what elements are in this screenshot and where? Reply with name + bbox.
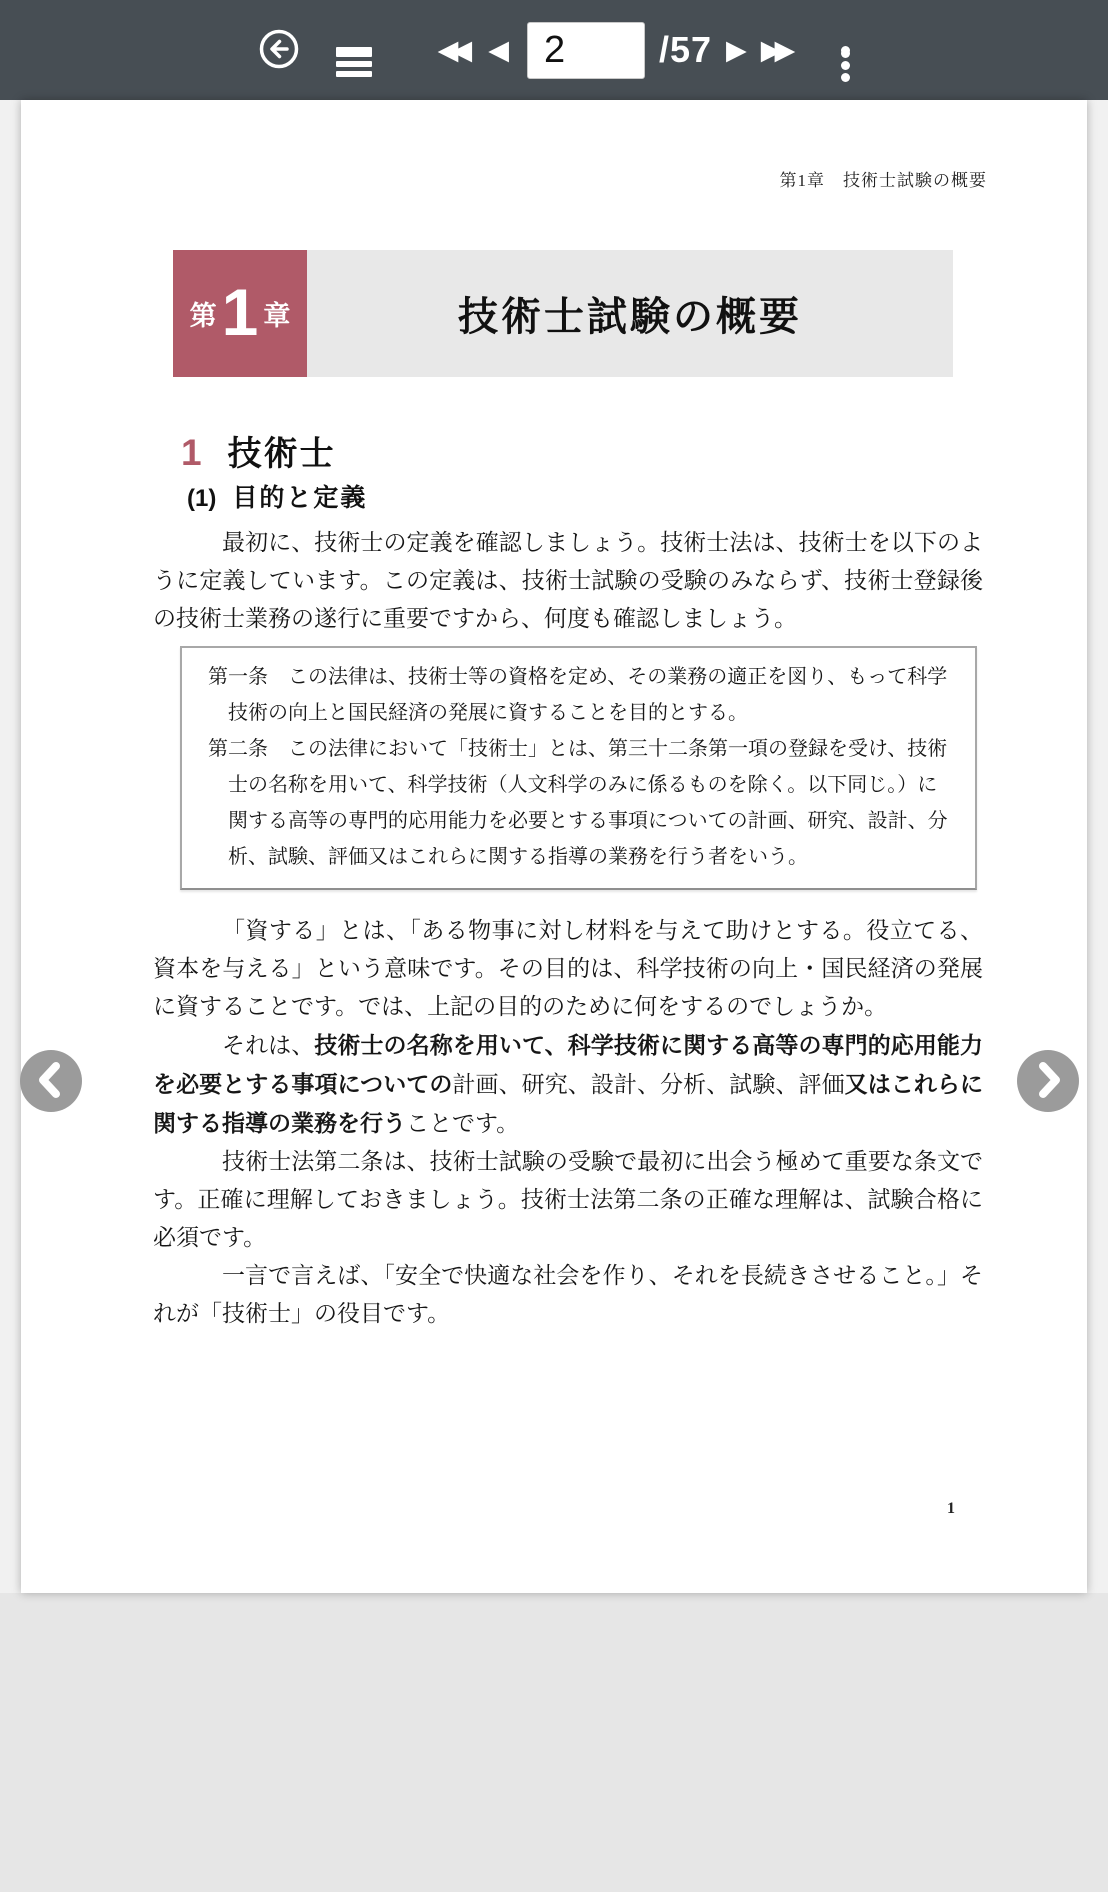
back-button[interactable] — [258, 28, 300, 73]
chapter-number: 1 — [222, 279, 259, 345]
chapter-banner: 第 1 章 技術士試験の概要 — [173, 250, 953, 377]
chevron-left-icon — [20, 1049, 82, 1114]
law-line: 技術の向上と国民経済の発展に資することを目的とする。 — [208, 695, 959, 731]
menu-button[interactable] — [336, 43, 372, 57]
law-line: 析、試験、評価又はこれらに関する指導の業務を行う者をいう。 — [208, 839, 959, 875]
law-line: 第二条 この法律において「技術士」とは、第三十二条第一項の登録を受け、技術 — [208, 731, 959, 767]
subsection-heading: (1) 目的と定義 — [187, 478, 367, 514]
law-line: 士の名称を用いて、科学技術（人文科学のみに係るものを除く。以下同じ。）に — [208, 767, 959, 803]
body-paragraphs: 「資する」とは、「ある物事に対し材料を与えて助けとする。役立てる、資本を与える」… — [153, 912, 983, 1333]
next-page-button[interactable]: ▶ — [726, 37, 747, 64]
paragraph: それは、技術士の名称を用いて、科学技術に関する高等の専門的応用能力を必要とする事… — [153, 1026, 983, 1143]
paragraph: 一言で言えば、「安全で快適な社会を作り、それを長続きさせること。」それが「技術士… — [153, 1257, 983, 1333]
previous-page-nav-button[interactable] — [20, 1050, 82, 1112]
page-number-input[interactable] — [527, 22, 645, 79]
chapter-number-badge: 第 1 章 — [173, 250, 307, 377]
overflow-menu-button[interactable] — [841, 43, 850, 58]
chevron-right-icon: ▶ — [726, 37, 747, 64]
intro-paragraphs: 最初に、技術士の定義を確認しましょう。技術士法は、技術士を以下のように定義してい… — [153, 524, 983, 638]
chevron-left-icon: ◀ — [488, 37, 509, 64]
last-page-button[interactable]: ▶▶ — [761, 37, 796, 64]
document-viewer: 第1章 技術士試験の概要 第 1 章 技術士試験の概要 1 技術士 (1) 目的… — [0, 100, 1108, 1593]
page-total-label: /57 — [659, 29, 712, 71]
law-quote-box: 第一条 この法律は、技術士等の資格を定め、その業務の適正を図り、もって科学技術の… — [180, 646, 977, 890]
section-title: 技術士 — [228, 426, 336, 475]
chevron-right-icon — [1017, 1049, 1079, 1114]
double-chevron-right-icon: ▶▶ — [761, 37, 796, 64]
chapter-title: 技術士試験の概要 — [458, 285, 802, 342]
paragraph: 技術士法第二条は、技術士試験の受験で最初に出会う極めて重要な条文です。正確に理解… — [153, 1143, 983, 1257]
vertical-dots-icon — [841, 46, 850, 55]
section-number: 1 — [181, 432, 202, 474]
next-page-nav-button[interactable] — [1017, 1050, 1079, 1112]
arrow-left-circle-icon — [258, 28, 300, 73]
running-header: 第1章 技術士試験の概要 — [780, 166, 988, 191]
first-page-button[interactable]: ◀◀ — [438, 37, 473, 64]
law-line: 第一条 この法律は、技術士等の資格を定め、その業務の適正を図り、もって科学 — [208, 659, 959, 695]
chapter-suffix: 章 — [263, 294, 290, 333]
viewer-toolbar: ◀◀ ◀ /57 ▶ ▶▶ — [0, 0, 1108, 100]
double-chevron-left-icon: ◀◀ — [438, 37, 473, 64]
subsection-label: (1) — [187, 485, 216, 513]
body-text: 最初に、技術士の定義を確認しましょう。技術士法は、技術士を以下のように定義してい… — [153, 524, 983, 1333]
previous-page-button[interactable]: ◀ — [488, 37, 509, 64]
chapter-prefix: 第 — [190, 294, 217, 333]
document-page: 第1章 技術士試験の概要 第 1 章 技術士試験の概要 1 技術士 (1) 目的… — [21, 100, 1087, 1593]
paragraph: 最初に、技術士の定義を確認しましょう。技術士法は、技術士を以下のように定義してい… — [153, 524, 983, 638]
chapter-title-strip: 技術士試験の概要 — [307, 250, 953, 377]
paragraph: 「資する」とは、「ある物事に対し材料を与えて助けとする。役立てる、資本を与える」… — [153, 912, 983, 1026]
subsection-title: 目的と定義 — [232, 478, 367, 514]
hamburger-icon — [336, 47, 372, 53]
page-number: 1 — [947, 1500, 955, 1518]
law-line: 関する高等の専門的応用能力を必要とする事項についての計画、研究、設計、分 — [208, 803, 959, 839]
section-heading: 1 技術士 — [181, 426, 336, 475]
